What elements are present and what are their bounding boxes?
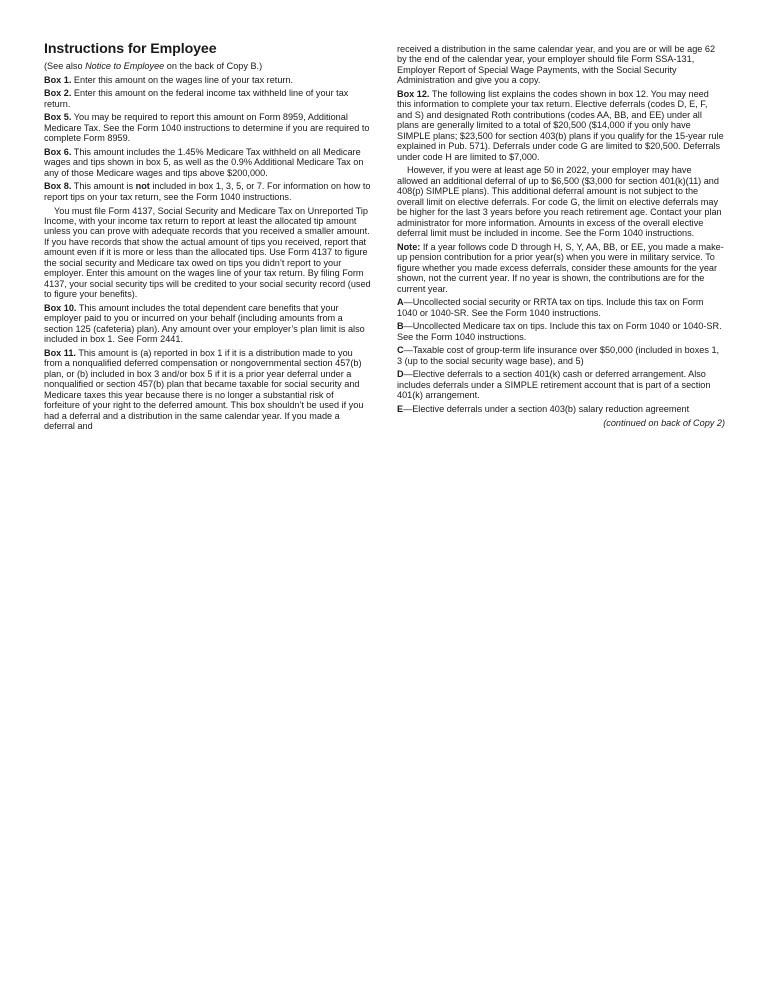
box-8-instructions: Box 8. This amount is not included in bo…: [44, 181, 372, 202]
box-11-continued: received a distribution in the same cale…: [397, 44, 725, 86]
box-10-instructions: Box 10. This amount includes the total d…: [44, 303, 372, 345]
code-a: A—Uncollected social security or RRTA ta…: [397, 297, 725, 318]
box-6-instructions: Box 6. This amount includes the 1.45% Me…: [44, 147, 372, 178]
continued-note: (continued on back of Copy 2): [397, 418, 725, 428]
code-b: B—Uncollected Medicare tax on tips. Incl…: [397, 321, 725, 342]
box-12-instructions: Box 12. The following list explains the …: [397, 89, 725, 162]
box-2-instructions: Box 2. Enter this amount on the federal …: [44, 88, 372, 109]
box-5-instructions: Box 5. You may be required to report thi…: [44, 112, 372, 143]
box-12-age-50-paragraph: However, if you were at least age 50 in …: [397, 165, 725, 238]
right-column: received a distribution in the same cale…: [397, 44, 725, 431]
box-12-note: Note: If a year follows code D through H…: [397, 242, 725, 294]
box-11-instructions: Box 11. This amount is (a) reported in b…: [44, 348, 372, 432]
box-8-form-4137-paragraph: You must file Form 4137, Social Security…: [44, 206, 372, 300]
box-1-instructions: Box 1. Enter this amount on the wages li…: [44, 75, 372, 85]
page-title: Instructions for Employee: [44, 41, 372, 58]
code-c: C—Taxable cost of group-term life insura…: [397, 345, 725, 366]
code-e: E—Elective deferrals under a section 403…: [397, 404, 725, 414]
subtitle: (See also Notice to Employee on the back…: [44, 61, 372, 71]
code-d: D—Elective deferrals to a section 401(k)…: [397, 369, 725, 400]
left-column: Instructions for Employee (See also Noti…: [44, 41, 372, 435]
